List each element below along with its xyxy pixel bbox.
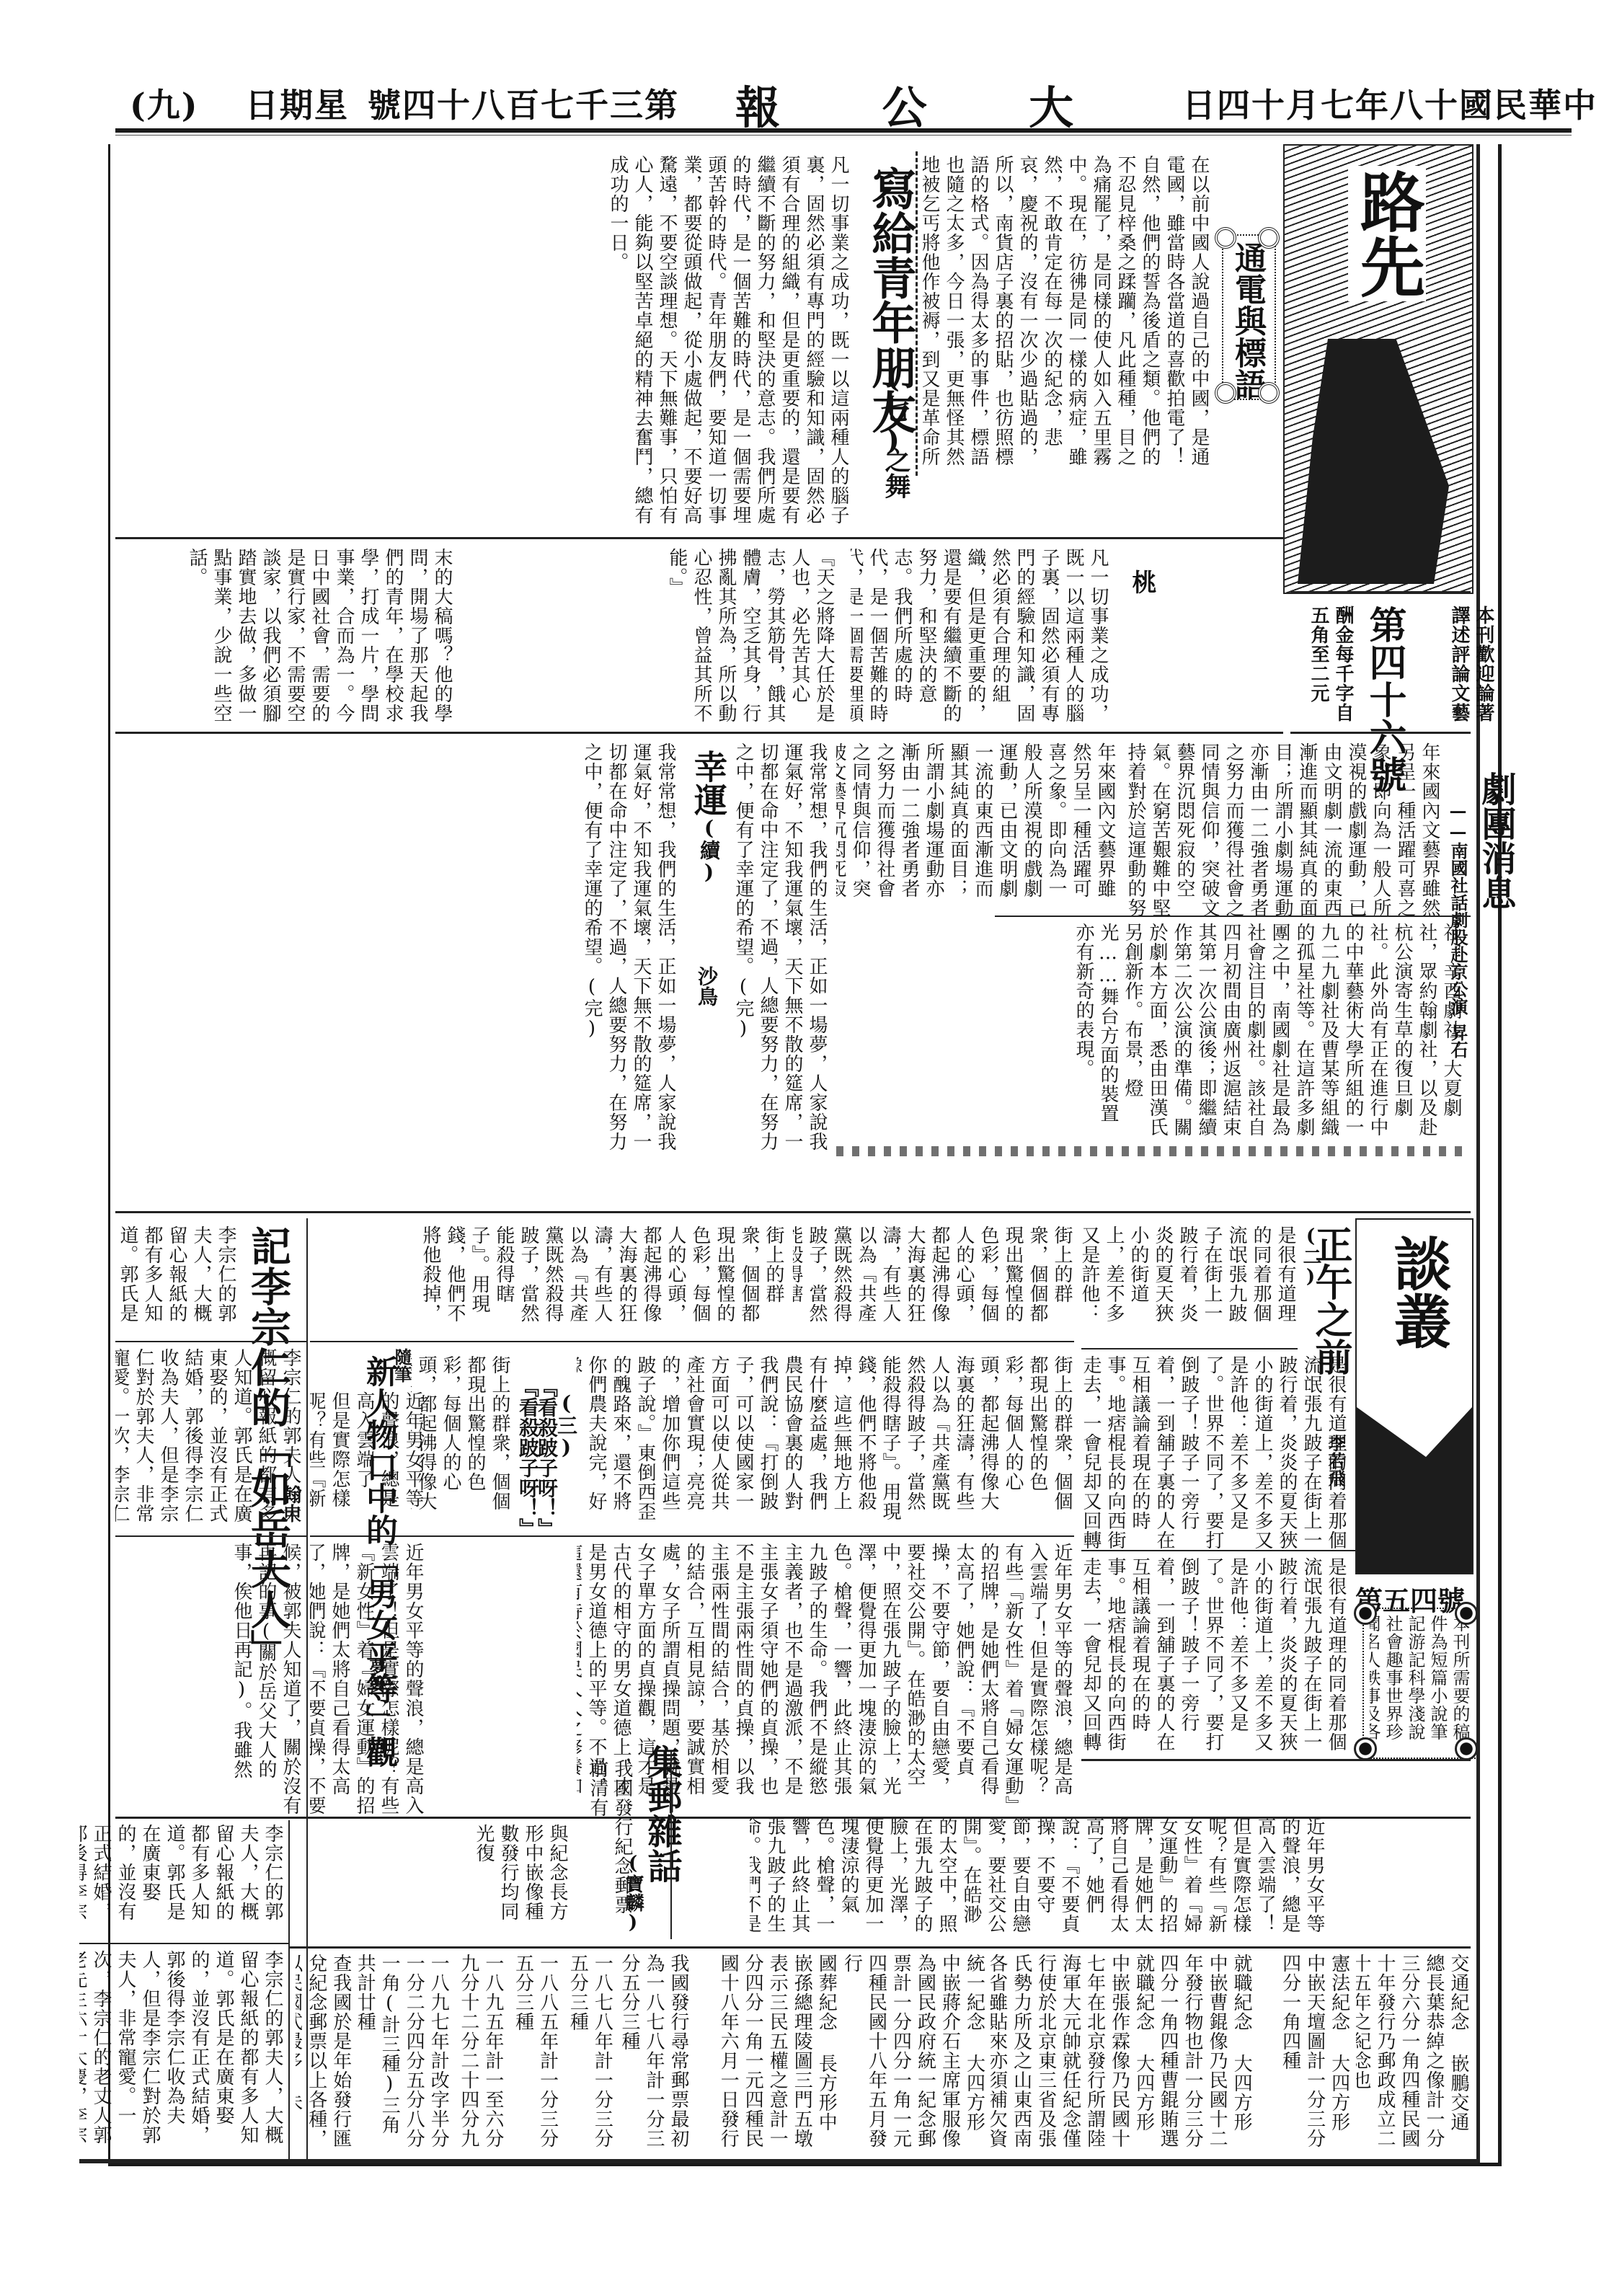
info-notice: 本刊歡迎論著 譯述評論文藝: [1438, 606, 1496, 757]
stamp-entries-list: 交通紀念 嵌鵬交通總長葉恭綽之像計一分三分六分一角四種民國十年發行乃郵政成立二十…: [296, 1954, 1471, 2155]
tancong-notice: 本刊所需要的稿件為短篇小說筆記游記科學淺說社會趣事世界珍聞名人軼事及各項有趣味之…: [1370, 1615, 1471, 1745]
article-body-kansha-2: 街上的群衆，個個都現出驚惶的色彩，每個人的心頭，都起沸得像大海裏的狂濤，有些人以…: [577, 1355, 1074, 1528]
gear-ornament-icon: [1258, 382, 1280, 404]
masthead: (九) 日期星 號四十八百七千三第 報 公 大 日四十月七年八十國民華中: [0, 65, 1622, 144]
stamp-entry: 一八九五年計一至六分九分十二分二十四分九種: [455, 1954, 505, 2148]
article-body-qingnian: 凡一切事業之成功，既一以這兩種人的腦子裏，固然必須有專門的經驗和知識，固然必須有…: [115, 155, 851, 537]
masthead-rule: [115, 128, 1572, 133]
tancong-illustration: 談叢: [1355, 1218, 1473, 1574]
rule: [1081, 1759, 1471, 1761]
masthead-rule-thin: [115, 135, 1572, 136]
author-tao: 桃: [1125, 569, 1160, 594]
notice-line-1: 本刊歡迎論著: [1473, 606, 1494, 722]
stamp-entry: 就職紀念 大四方形中嵌曹錕像乃民國十二年發行物也計一分三分四分一角四種曹錕賄選總…: [1161, 1954, 1254, 2148]
rule: [995, 916, 1471, 917]
rule: [288, 1946, 1471, 1949]
dashed-divider: [916, 151, 919, 476]
article-body-tao: 末的大稿嗎？他的學問，開場了那天起我們的青年，在學校求學，打成一片，學問事業，合…: [115, 548, 454, 728]
article-body-nannv-3: 近年男女平等的聲浪，總是高入雲端了！但是實際怎樣呢？有些『新女性』着『婦女運動』…: [750, 1817, 1326, 1939]
weekday: 日期星: [245, 79, 349, 127]
stamp-entry: 統一紀念 大四方形中嵌蔣介石主席軍服像為國民政府統一紀念郵票計一分四分一角一元四…: [843, 1954, 986, 2148]
article-body-xingyun: 我常常想，我們的生活，正如一場夢，人家說我運氣好，不知我運氣壞，天下無不散的筵席…: [115, 743, 678, 1153]
article-body-ruyue-4: 李宗仁的郭夫人，大概留心報紙的都有多人知道。郭氏是在廣東娶的，並沒有正式結婚，郭…: [79, 1824, 285, 1939]
dot-ornament-icon: [1354, 1602, 1377, 1625]
dot-ornament-icon: [1455, 1737, 1478, 1760]
rule: [310, 1535, 1074, 1537]
article-body-zhengwu: 是很有道理的同着那個流氓張九跛子在街上一跛行着，炎炎的夏天狹小的街道上，差不多又…: [1081, 1225, 1298, 1341]
rule: [1081, 1550, 1355, 1551]
notice-line-2: 譯述評論文藝: [1448, 606, 1470, 722]
page-number: (九): [130, 79, 199, 127]
stamp-entry: 我國發行尋常郵票最初為一八七八年計一分三分五分三種: [619, 1954, 691, 2148]
stamp-entry: 查我國於是年始發行匯兌紀念郵票以上各種，以民國式最多(未完): [296, 1954, 353, 2148]
stamp-entry: 交通紀念 嵌鵬交通總長葉恭綽之像計一分三分六分一角四種民國十年發行乃郵政成立二十…: [1356, 1954, 1471, 2148]
article-body-nannv-4: 近年男女平等的聲浪，總是高入雲端了！但是實際怎樣呢？有些『新女性』着『婦女運動』…: [310, 1543, 425, 1817]
article-intro-youpiao: 我國發行紀念郵票前清有: [577, 1759, 634, 1932]
rule: [310, 1341, 1074, 1342]
payment-line-2: 五角至二元: [1308, 606, 1329, 703]
quote-kansha-2: 『看殺跛子呀！』: [513, 1377, 542, 1538]
stamp-entry: 一八八五年計一分三分五分三種: [510, 1954, 560, 2148]
stamp-entry: 一八九七年計改字半分一分二分四分五分八分一角(計三種)三角共計廿種: [358, 1954, 451, 2148]
article-body-juyun: 年來國內文藝界雖然另呈一種活躍可喜之象。即向為一般人所漠視的戲劇運動，已由文明劇…: [1125, 743, 1442, 923]
article-body-kansha-top: 街上的群衆，個個都現出驚惶的色彩，每個人的心頭，都起沸得像大海裏的狂濤，有些人以…: [793, 1225, 1074, 1341]
paper-name: 報 公 大: [735, 72, 1117, 136]
rule: [1290, 732, 1471, 734]
stamp-entry: 國葬紀念 長方形中嵌孫總理陵圖三門五墩表示三民五權之意計一分四分一角一元四種民國…: [695, 1954, 838, 2148]
installment-xingyun: (續): [697, 816, 721, 884]
article-body-xingyun-2: 我常常想，我們的生活，正如一場夢，人家說我運氣好，不知我運氣壞，天下無不散的筵席…: [721, 743, 829, 1153]
installment-zhengwu: (二): [1298, 1225, 1324, 1287]
installment-qingnian: (七): [872, 360, 913, 457]
author-xingyun: 沙鳥: [692, 966, 721, 1006]
info-payment: 酬金每千字自 五角至二元: [1298, 606, 1355, 757]
right-frame-rule: [1476, 144, 1480, 2163]
article-body-nannv: 近年男女平等的聲浪，總是高入雲端了！但是實際怎樣呢？有些『新女性』着『婦女運動』…: [310, 1391, 425, 1521]
article-body-zhengwu-2: 是很有道理的同着那個流氓張九跛子在街上一跛行着，炎炎的夏天狹小的街道上，差不多又…: [1081, 1355, 1348, 1550]
stamp-entry: 就職紀念 大四方形中嵌張作霖像乃民國十七年在北京發行所謂陸海軍大元帥就任紀念僅行…: [991, 1954, 1156, 2148]
article-body-ruyue-3: 候，被郭夫人知道了，關於沒有再記的事(關於岳父大人的事，俟他日再記)。我雖然: [115, 1543, 303, 1817]
column-title-tancong: 談叢: [1386, 1234, 1450, 1349]
gear-ornament-icon: [1215, 227, 1236, 249]
article-body-qingnian-cont: 凡一切事業之成功，既一以這兩種人的腦子裏，固然必須有專門的經驗和知識，固然必須有…: [851, 548, 1110, 728]
article-body-juyun-2: 年來國內文藝界雖然另呈一種活躍可喜之象。即向為一般人所漠視的戲劇運動，已由文明劇…: [836, 743, 1117, 916]
rule: [115, 732, 1283, 734]
bottom-rule: [79, 2159, 1478, 2163]
column-divider: [288, 1820, 290, 2159]
rule: [115, 1211, 1471, 1213]
dot-ornament-icon: [1354, 1737, 1377, 1760]
rule: [115, 1817, 1471, 1819]
article-body-juyun-3: 社，辛酉劇社，大夏劇社，眾約翰劇社，以及赴杭公演寄生草的復旦劇社。此外尚有正在進…: [836, 923, 1463, 1139]
rule: [79, 1943, 288, 1944]
article-body-tongdian: 在以前中國人說過自己的中國，是通電國，雖當時各當道的喜歡拍電了！自然，他們的誓為…: [923, 155, 1211, 472]
rule: [115, 537, 1283, 539]
column-title-xianlu: 路先: [1348, 166, 1426, 301]
rule: [115, 1341, 306, 1342]
article-quote-qingnian: 『天之將降大任於是人也，必先苦其心志，勞其筋骨，餓其體膚，空乏其身，行拂亂其所為…: [461, 548, 836, 728]
article-body-ruyue-5: 李宗仁的郭夫人，大概留心報紙的都有多人知道。郭氏是在廣東娶的，並沒有正式結婚，郭…: [79, 1950, 285, 2152]
payment-line-1: 酬金每千字自: [1332, 606, 1354, 722]
title-juyun: 劇團消息: [1471, 771, 1521, 910]
issue-number: 號四十八百七千三第: [368, 79, 679, 127]
title-tongdian: 通電與標語: [1229, 241, 1265, 400]
ornament-divider: [836, 1146, 1471, 1156]
article-body-kansha-left: 街上的群衆，個個都現出驚惶的色彩，每個人的心頭，都起沸得像大海裏的狂濤，有些人以…: [418, 1225, 786, 1334]
rule: [1081, 1348, 1298, 1349]
rule: [115, 1535, 306, 1537]
gear-ornament-icon: [1215, 382, 1236, 404]
gear-ornament-icon: [1258, 227, 1280, 249]
figure-silhouette: [1357, 1407, 1472, 1573]
rule: [1290, 591, 1471, 593]
column-divider: [670, 1752, 672, 1939]
stamp-entry: 憲法紀念 大四方形中嵌天壇圖計一分三分四分一角四種: [1258, 1954, 1352, 2148]
title-box-tongdian: 通電與標語: [1222, 234, 1276, 400]
article-body-kansha: 街上的群衆，個個都現出驚惶的色彩，每個人的心頭，都起沸得像大海裏的狂濤，有些人以…: [411, 1355, 512, 1528]
article-body-ruyue-2: 李宗仁的郭夫人，大概留心報紙的都有多人知道。郭氏是在廣東娶的，並沒有正式結婚，郭…: [115, 1348, 303, 1528]
tancong-notice-box: 本刊所需要的稿件為短篇小說筆記游記科學淺說社會趣事世界珍聞名人軼事及各項有趣味之…: [1362, 1608, 1478, 1759]
author-qingnian: 之舞: [878, 447, 915, 499]
article-body-zhengwu-3: 是很有道理的同着那個流氓張九跛子在街上一跛行着，炎炎的夏天狹小的街道上，差不多又…: [1081, 1557, 1348, 1759]
dot-ornament-icon: [1455, 1602, 1478, 1625]
date: 日四十月七年八十國民華中: [1182, 79, 1597, 127]
stamp-entry: 一八七八年計一分三分五分三種: [564, 1954, 615, 2148]
title-youpiao: 集郵雜話: [642, 1745, 682, 1883]
article-body-ruyue: 李宗仁的郭夫人，大概留心報紙的都有多人知道。郭氏是在廣東娶的，並沒有正式結婚，郭…: [115, 1225, 238, 1334]
stamp-side-notes: 與紀念長方形中嵌像種數發行均同光復: [296, 1824, 570, 1939]
